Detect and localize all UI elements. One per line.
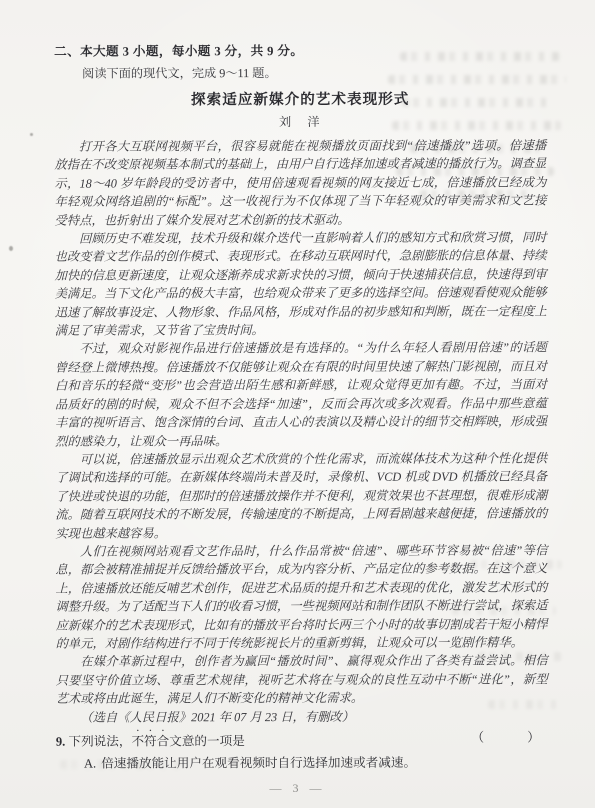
article-source: （选自《人民日报》2021 年 07 月 23 日，有删改） — [56, 707, 548, 727]
question-stem-suffix: 文意的一项是 — [169, 734, 245, 748]
question-stem-emphasis: 不符合 — [131, 734, 169, 748]
content-column: 二、本大题 3 小题，每小题 3 分，共 9 分。 阅读下面的现代文，完成 9～… — [54, 41, 548, 773]
section-header: 二、本大题 3 小题，每小题 3 分，共 9 分。 — [54, 41, 546, 60]
article-paragraph-2: 回顾历史不难发现，技术升级和媒介迭代一直影响着人们的感知方式和欣赏习惯，同时也改… — [55, 228, 547, 340]
answer-bracket: （ ） — [471, 727, 545, 747]
scanned-exam-page: 二、本大题 3 小题，每小题 3 分，共 9 分。 阅读下面的现代文，完成 9～… — [0, 0, 595, 808]
reading-instruction: 阅读下面的现代文，完成 9～11 题。 — [54, 63, 546, 82]
page-number: — 3 — — [0, 781, 595, 796]
article-author: 刘 洋 — [54, 113, 546, 130]
article-paragraph-4: 可以说，倍速播放显示出观众艺术欣赏的个性化需求，而流媒体技术为这种个性化提供了调… — [55, 449, 547, 542]
article-paragraph-3: 不过，观众对影视作品进行倍速播放是有选择的。“为什么年轻人看剧用倍速”的话题曾经… — [55, 339, 547, 451]
scan-speck — [30, 133, 33, 136]
article-title: 探索适应新媒介的艺术表现形式 — [54, 89, 546, 110]
option-a-text: 倍速播放能让用户在观看视频时自行选择加速或者减速。 — [101, 756, 416, 771]
article-body: 打开各大互联网视频平台，很容易就能在视频播放页面找到“倍速播放”选项。倍速播放指… — [54, 136, 548, 726]
option-a: A.倍速播放能让用户在观看视频时自行选择加速或者减速。 — [56, 752, 548, 773]
question-9: 9. 下列说法，不符合文意的一项是 （ ） — [56, 727, 548, 751]
article-paragraph-5: 人们在视频网站观看文艺作品时，什么作品常被“倍速”、哪些环节容易被“倍速”等信息… — [55, 541, 547, 653]
article-paragraph-6: 在媒介革新过程中，创作者为赢回“播放时间”、赢得观众作出了各类有益尝试。相信只要… — [56, 652, 548, 709]
question-number: 9. — [56, 735, 65, 749]
question-stem-prefix: 下列说法， — [68, 734, 131, 748]
article-paragraph-1: 打开各大互联网视频平台，很容易就能在视频播放页面找到“倍速播放”选项。倍速播放指… — [54, 136, 546, 229]
scan-speck — [9, 246, 13, 251]
option-a-label: A. — [84, 757, 96, 771]
